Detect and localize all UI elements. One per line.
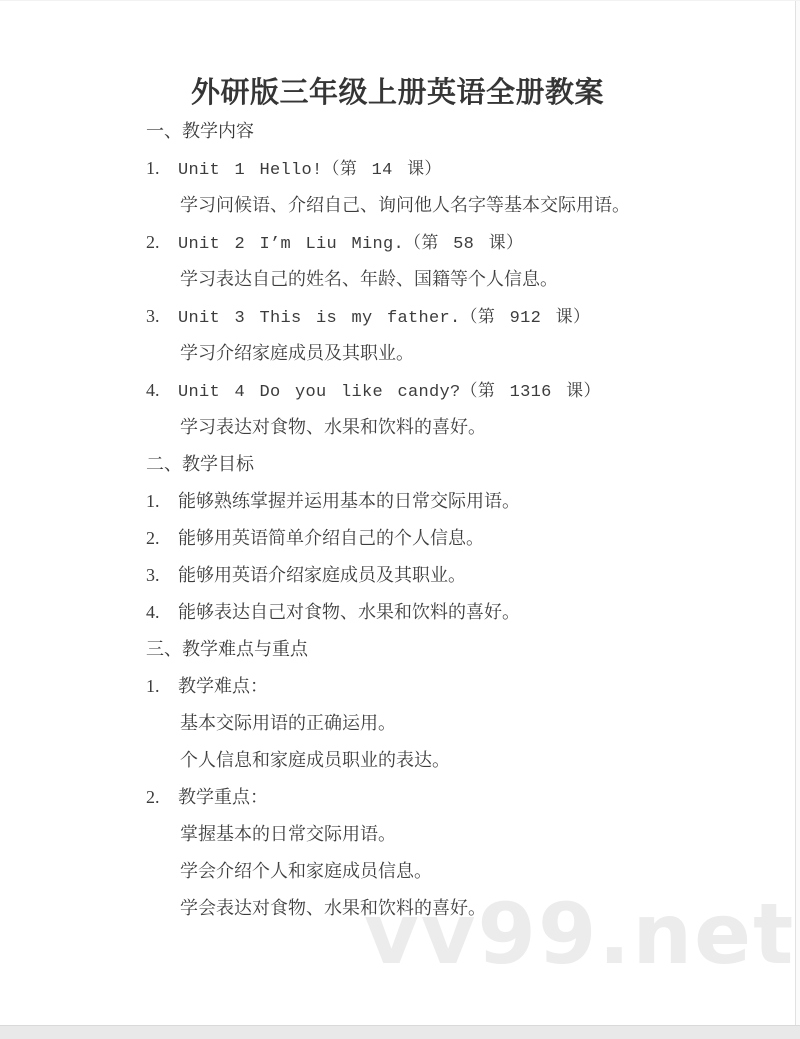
line-marker: 2. bbox=[146, 520, 178, 557]
line-marker: 4. bbox=[146, 594, 178, 631]
document-line: 学习表达自己的姓名、年龄、国籍等个人信息。 bbox=[146, 261, 746, 298]
document-line: 1.Unit 1 Hello!（第 14 课） bbox=[146, 150, 746, 187]
line-marker: 1. bbox=[146, 668, 178, 705]
document-line: 2.Unit 2 I’m Liu Ming.（第 58 课） bbox=[146, 224, 746, 261]
line-marker: 1. bbox=[146, 150, 178, 187]
line-marker: 4. bbox=[146, 372, 178, 409]
line-text: 能够熟练掌握并运用基本的日常交际用语。 bbox=[178, 491, 520, 511]
line-marker: 二、 bbox=[146, 446, 182, 483]
document-line: 1.能够熟练掌握并运用基本的日常交际用语。 bbox=[146, 483, 746, 520]
document-line: 一、教学内容 bbox=[146, 113, 746, 150]
document-body: 一、教学内容 1.Unit 1 Hello!（第 14 课） 学习问候语、介绍自… bbox=[146, 113, 746, 927]
document-line: 三、教学难点与重点 bbox=[146, 631, 746, 668]
line-text: 学会介绍个人和家庭成员信息。 bbox=[180, 861, 432, 881]
line-text: 学习表达对食物、水果和饮料的喜好。 bbox=[180, 417, 486, 437]
document-line: 2.能够用英语简单介绍自己的个人信息。 bbox=[146, 520, 746, 557]
line-marker: 一、 bbox=[146, 113, 182, 150]
page-bottom-strip bbox=[0, 1025, 800, 1039]
line-marker: 2. bbox=[146, 779, 178, 816]
line-marker: 3. bbox=[146, 298, 178, 335]
page-right-gutter bbox=[796, 1, 800, 1039]
line-text: 教学目标 bbox=[182, 454, 254, 474]
document-title: 外研版三年级上册英语全册教案 bbox=[0, 76, 795, 110]
line-text: 能够用英语介绍家庭成员及其职业。 bbox=[178, 565, 466, 585]
document-line: 个人信息和家庭成员职业的表达。 bbox=[146, 742, 746, 779]
line-marker: 三、 bbox=[146, 631, 182, 668]
document-page: 外研版三年级上册英语全册教案 一、教学内容 1.Unit 1 Hello!（第 … bbox=[0, 0, 800, 1039]
watermark-text: vv99.net bbox=[364, 892, 795, 976]
line-text: Unit 1 Hello!（第 14 课） bbox=[178, 161, 442, 180]
document-line: 3.能够用英语介绍家庭成员及其职业。 bbox=[146, 557, 746, 594]
line-text: 学习表达自己的姓名、年龄、国籍等个人信息。 bbox=[180, 269, 558, 289]
document-line: 掌握基本的日常交际用语。 bbox=[146, 816, 746, 853]
line-text: 教学难点与重点 bbox=[182, 639, 308, 659]
document-line: 学习介绍家庭成员及其职业。 bbox=[146, 335, 746, 372]
document-line: 学习表达对食物、水果和饮料的喜好。 bbox=[146, 409, 746, 446]
document-line: 2.教学重点： bbox=[146, 779, 746, 816]
line-marker: 3. bbox=[146, 557, 178, 594]
document-line: 二、教学目标 bbox=[146, 446, 746, 483]
document-line: 3.Unit 3 This is my father.（第 912 课） bbox=[146, 298, 746, 335]
line-text: 教学内容 bbox=[182, 121, 254, 141]
line-text: 掌握基本的日常交际用语。 bbox=[180, 824, 396, 844]
line-text: Unit 4 Do you like candy?（第 1316 课） bbox=[178, 383, 601, 402]
line-text: Unit 2 I’m Liu Ming.（第 58 课） bbox=[178, 235, 523, 254]
line-text: 学习问候语、介绍自己、询问他人名字等基本交际用语。 bbox=[180, 195, 630, 215]
line-text: 学习介绍家庭成员及其职业。 bbox=[180, 343, 414, 363]
page-right-edge-line bbox=[795, 1, 796, 1039]
document-line: 1.教学难点： bbox=[146, 668, 746, 705]
line-text: 能够用英语简单介绍自己的个人信息。 bbox=[178, 528, 484, 548]
document-line: 4.能够表达自己对食物、水果和饮料的喜好。 bbox=[146, 594, 746, 631]
line-marker: 1. bbox=[146, 483, 178, 520]
line-marker: 2. bbox=[146, 224, 178, 261]
line-text: Unit 3 This is my father.（第 912 课） bbox=[178, 309, 590, 328]
line-text: 教学重点： bbox=[178, 787, 268, 807]
document-line: 4.Unit 4 Do you like candy?（第 1316 课） bbox=[146, 372, 746, 409]
document-line: 基本交际用语的正确运用。 bbox=[146, 705, 746, 742]
line-text: 能够表达自己对食物、水果和饮料的喜好。 bbox=[178, 602, 520, 622]
document-line: 学习问候语、介绍自己、询问他人名字等基本交际用语。 bbox=[146, 187, 746, 224]
line-text: 个人信息和家庭成员职业的表达。 bbox=[180, 750, 450, 770]
line-text: 基本交际用语的正确运用。 bbox=[180, 713, 396, 733]
line-text: 教学难点： bbox=[178, 676, 268, 696]
